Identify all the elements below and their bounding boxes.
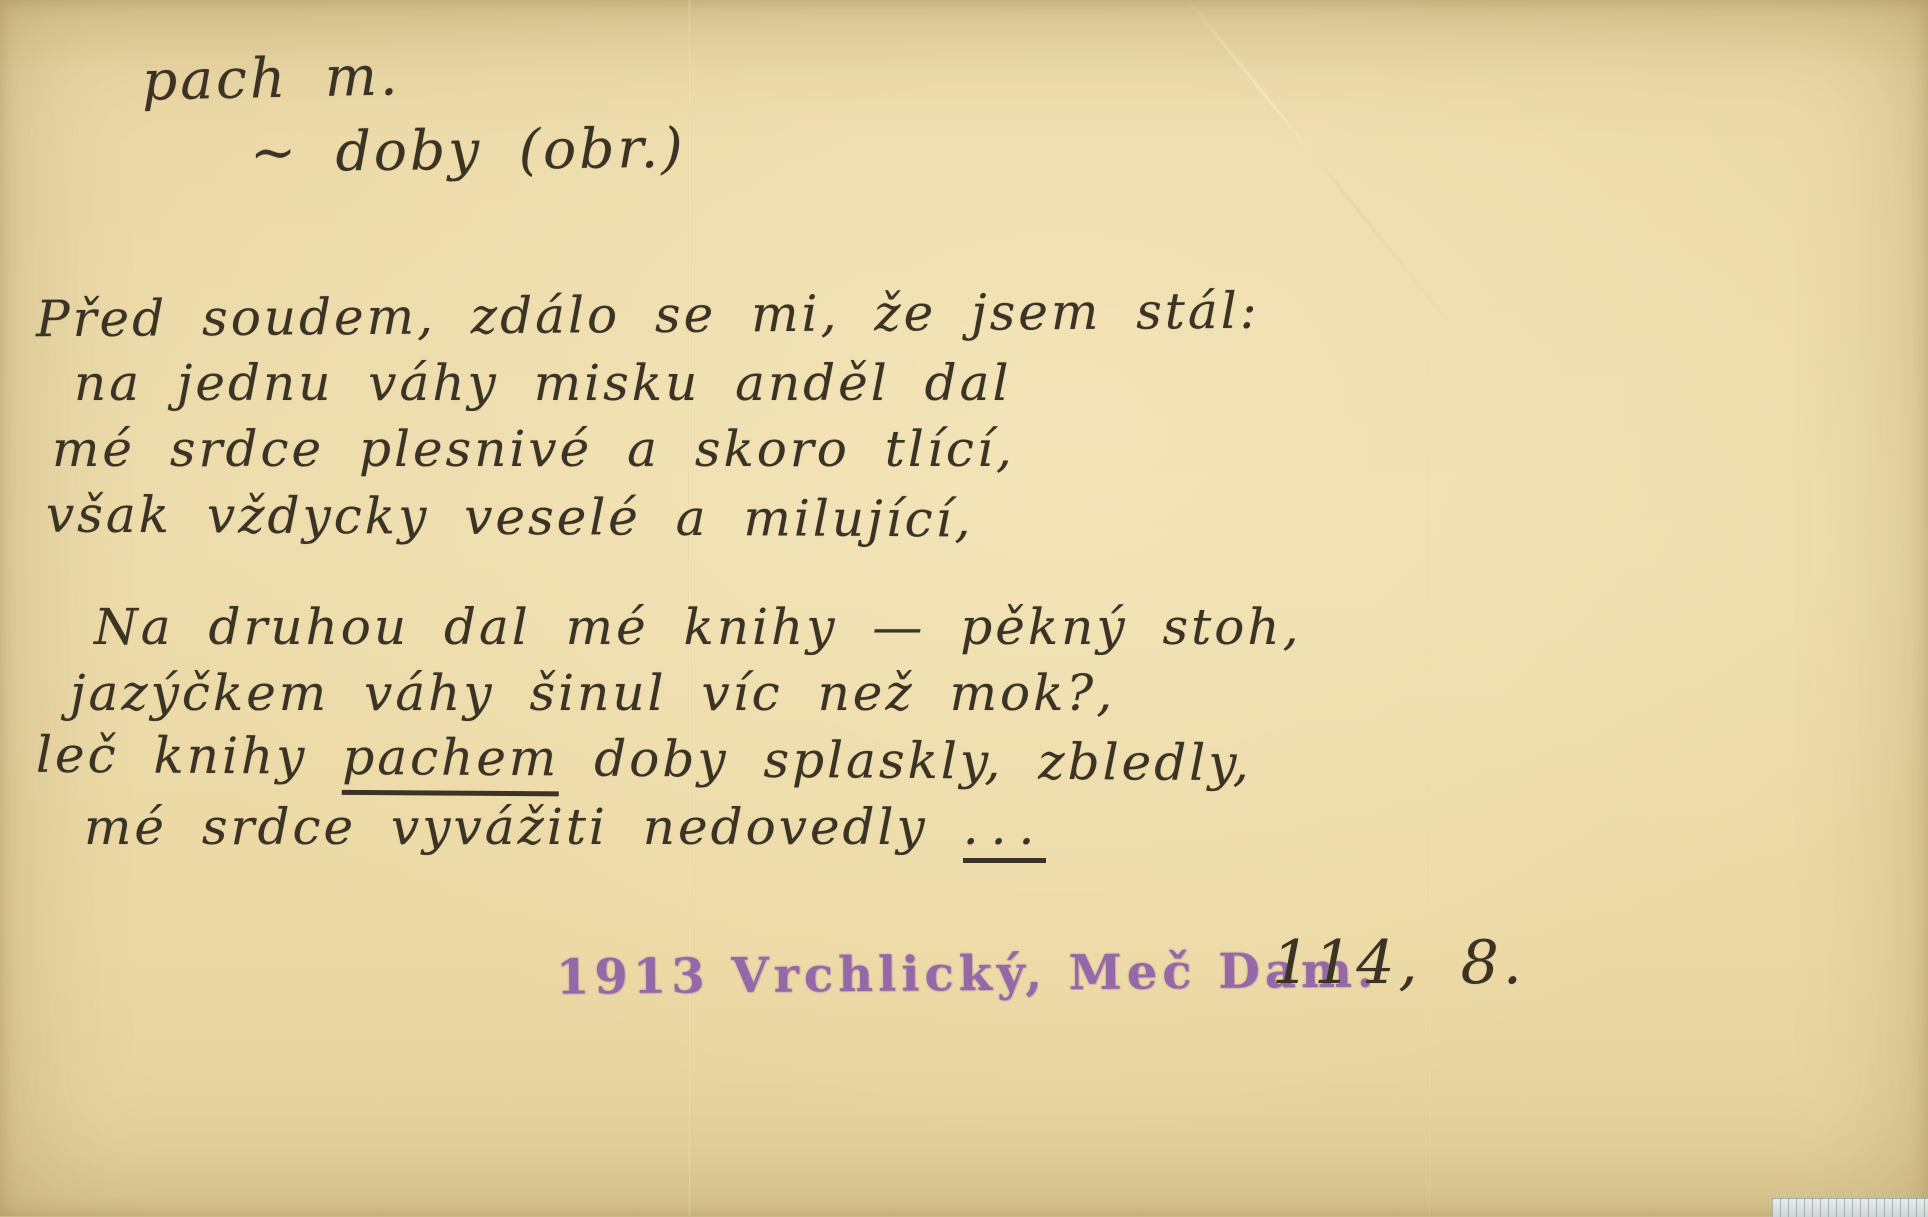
title-keyword: pach m.: [141, 43, 401, 112]
poem-line: mé srdce vyvážiti nedovedly ...: [84, 798, 1046, 856]
underlined-ellipsis: ...: [963, 798, 1047, 863]
poem-line-segment: mé srdce vyvážiti nedovedly: [84, 798, 963, 856]
paper-crease-right: [1428, 310, 1430, 1216]
poem-line-segment: doby splaskly, zbledly,: [559, 729, 1252, 792]
underlined-word: pachem: [342, 728, 559, 797]
poem-line: leč knihy pachem doby splaskly, zbledly,: [36, 726, 1252, 792]
poem-line: Na druhou dal mé knihy — pěkný stoh,: [94, 598, 1301, 656]
manuscript-card: pach m. ~ doby (obr.) Před soudem, zdálo…: [0, 0, 1928, 1216]
poem-line-segment: leč knihy: [36, 726, 343, 786]
poem-line: na jednu váhy misku anděl dal: [74, 354, 1011, 412]
poem-line: mé srdce plesnivé a skoro tlící,: [52, 420, 1015, 478]
library-date-stamp: 1913 Vrchlický, Meč Dam.: [556, 942, 1379, 1005]
poem-line: však vždycky veselé a milující,: [46, 486, 974, 549]
poem-line: jazýčkem váhy šinul víc než mok?,: [70, 664, 1115, 722]
page-reference: 114, 8.: [1272, 928, 1526, 998]
title-subnote: ~ doby (obr.): [250, 116, 686, 185]
poem-line: Před soudem, zdálo se mi, že jsem stál:: [36, 282, 1260, 349]
scan-edge-ruler-strip: [1772, 1198, 1928, 1216]
